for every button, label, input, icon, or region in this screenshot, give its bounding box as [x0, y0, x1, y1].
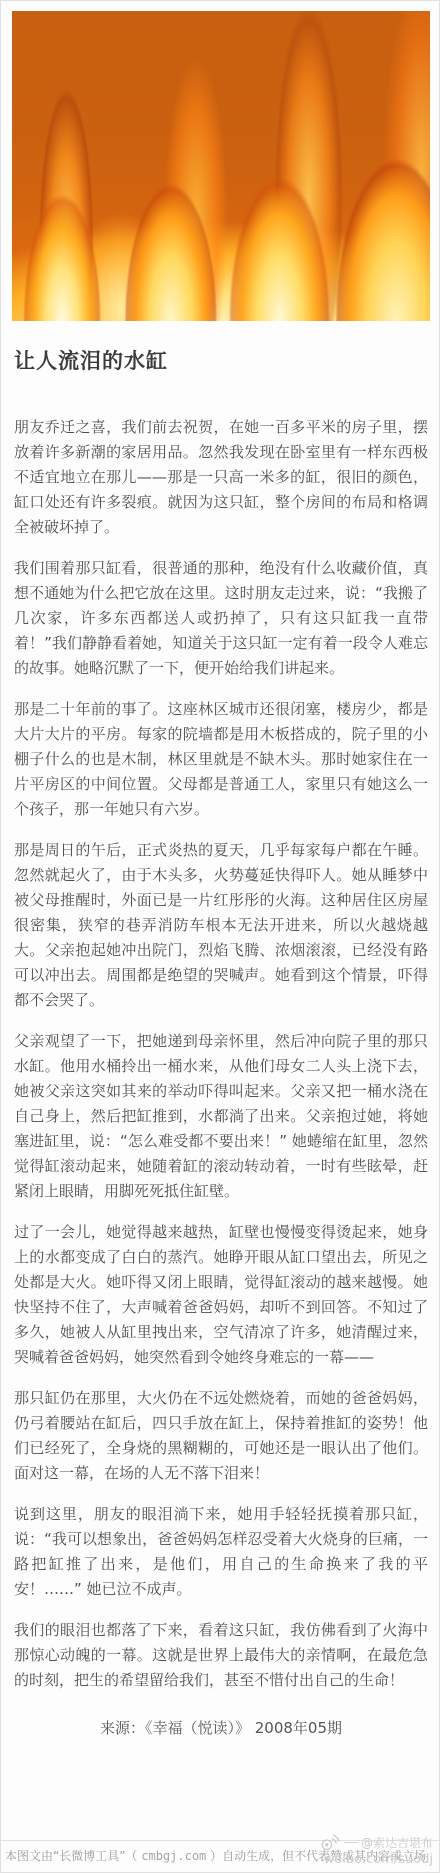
article: 让人流泪的水缸 朋友乔迁之喜，我们前去祝贺，在她一百多平米的房子里，摆放着许多新… — [1, 321, 440, 1738]
paragraph: 我们的眼泪也都落了下来，看着这只缸，我仿佛看到了火海中那惊心动魄的一幕。这就是世… — [14, 1618, 428, 1693]
article-title: 让人流泪的水缸 — [14, 345, 428, 375]
paragraph: 那只缸仍在那里，大火仍在不远处燃烧着，而她的爸爸妈妈，仍弓着腰站在缸后，四只手放… — [14, 1386, 428, 1486]
paragraph: 说到这里，朋友的眼泪淌下来，她用手轻轻抚摸着那只缸，说：“我可以想象出，爸爸妈妈… — [14, 1502, 428, 1602]
paragraph: 父亲观望了一下，把她递到母亲怀里，然后冲向院子里的那只水缸。他用水桶拎出一桶水来… — [14, 1029, 428, 1204]
weibo-watermark: @索达吉堪布 weibo.com/suodj — [319, 1833, 433, 1867]
source-line: 来源：《幸福（悦读）》 2008年05期 — [14, 1717, 428, 1738]
weibo-icon — [319, 1833, 341, 1851]
watermark-handle: @索达吉堪布 — [361, 1834, 433, 1851]
paragraph: 朋友乔迁之喜，我们前去祝贺，在她一百多平米的房子里，摆放着许多新潮的家居用品。忽… — [14, 415, 428, 540]
watermark-handle-row: @索达吉堪布 — [319, 1833, 433, 1851]
paragraph: 那是周日的午后，正式炎热的夏天，几乎每家每户都在午睡。忽然就起火了，由于木头多，… — [14, 838, 428, 1013]
fire-photo — [12, 11, 430, 321]
paragraph: 过了一会儿，她觉得越来越热，缸壁也慢慢变得烫起来，她身上的水都变成了白白的蒸汽。… — [14, 1220, 428, 1370]
long-weibo-page: 让人流泪的水缸 朋友乔迁之喜，我们前去祝贺，在她一百多平米的房子里，摆放着许多新… — [0, 0, 440, 1873]
footer-tool-url: cmbgj.com — [141, 1849, 206, 1863]
paragraph: 那是二十年前的事了。这座林区城市还很闭塞，楼房少，都是大片大片的平房。每家的院墙… — [14, 697, 428, 822]
paragraph: 我们围着那只缸看，很普通的那种，绝没有什么收藏价值，真想不通她为什么把它放在这里… — [14, 556, 428, 681]
watermark-dash — [344, 1842, 358, 1843]
footer-text-prefix: 本图文由“长微博工具”（ — [5, 1849, 141, 1863]
watermark-url: weibo.com/suodj — [319, 1852, 433, 1867]
